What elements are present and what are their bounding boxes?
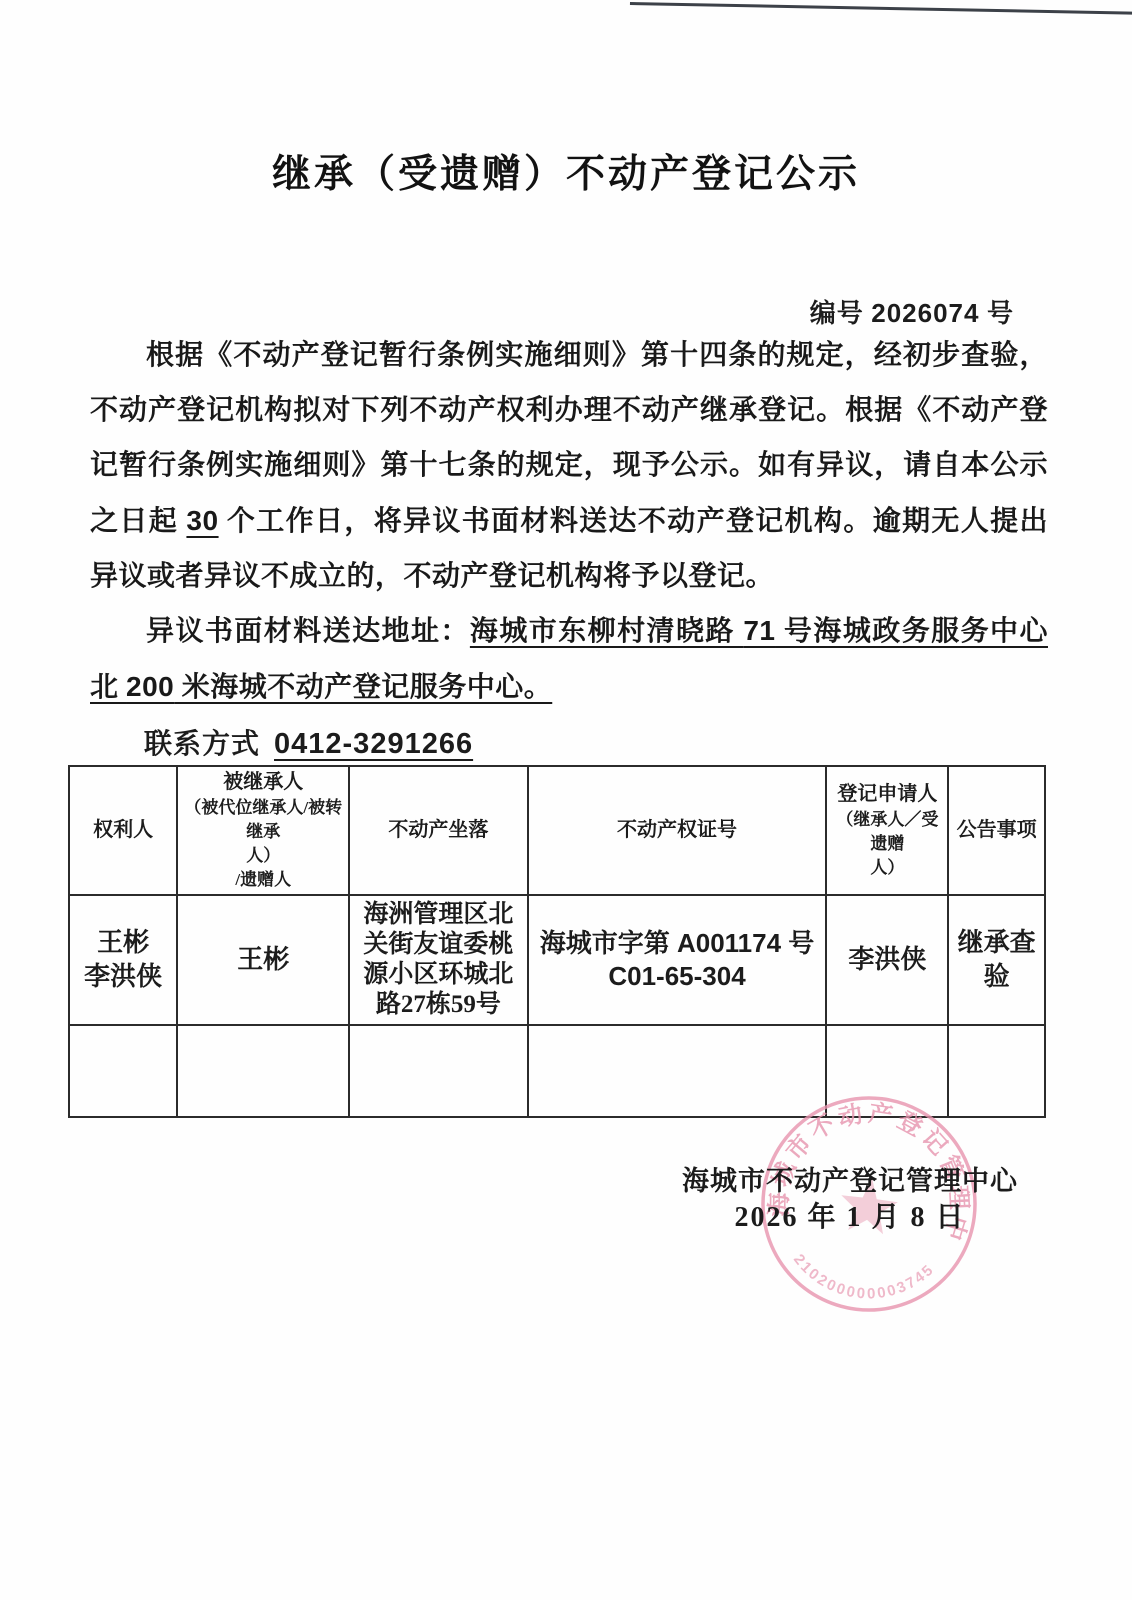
contact-label: 联系方式 — [144, 729, 260, 760]
document-number-suffix: 号 — [979, 299, 1014, 328]
header-property-location: 不动产坐落 — [349, 766, 528, 895]
contact-phone-number: 0412-3291266 — [274, 728, 473, 760]
scan-artifact-line — [630, 2, 1132, 15]
table-empty-row — [69, 1025, 1045, 1117]
delivery-address-part3: 米海城不动产登记服务中心。 — [174, 672, 552, 703]
registration-table: 权利人 被继承人 （被代位继承人/被转继承 人） /遗赠人 不动产坐落 不动产权… — [68, 765, 1046, 1118]
issuing-organization: 海城市不动产登记管理中心 — [650, 1163, 1050, 1199]
distance-number: 200 — [126, 671, 174, 702]
empty-cell — [948, 1025, 1045, 1117]
delivery-address-label: 异议书面材料送达地址： — [146, 616, 470, 647]
header-notice-item: 公告事项 — [948, 766, 1045, 895]
delivery-address-part1: 海城市东柳村清晓路 — [470, 616, 743, 647]
notice-body-paragraph: 根据《不动产登记暂行条例实施细则》第十四条的规定，经初步查验，不动产登记机构拟对… — [90, 328, 1048, 604]
contact-line: 联系方式0412-3291266 — [144, 722, 473, 762]
document-number-prefix: 编号 — [810, 299, 872, 328]
delivery-address-paragraph: 异议书面材料送达地址：海城市东柳村清晓路 71 号海城政务服务中心北 200 米… — [90, 603, 1048, 715]
header-applicant: 登记申请人 （继承人／受遗赠 人） — [826, 766, 948, 895]
empty-cell — [528, 1025, 827, 1117]
empty-cell — [177, 1025, 349, 1117]
notice-text-2: 个工作日，将异议书面材料送达不动产登记机构。逾期无人提出异议或者异议不成立的，不… — [90, 506, 1048, 592]
header-rights-holder: 权利人 — [69, 766, 177, 895]
document-page: 继承（受遗赠）不动产登记公示 编号 2026074 号 根据《不动产登记暂行条例… — [0, 0, 1132, 1600]
cell-decedent: 王彬 — [177, 895, 349, 1025]
document-number-value: 2026074 — [871, 298, 979, 328]
document-number: 编号 2026074 号 — [810, 293, 1014, 330]
cell-certificate-number: 海城市字第 A001174 号 C01-65-304 — [528, 895, 827, 1025]
header-decedent: 被继承人 （被代位继承人/被转继承 人） /遗赠人 — [177, 766, 349, 895]
cell-rights-holder: 王彬 李洪侠 — [69, 895, 177, 1025]
table-row: 王彬 李洪侠 王彬 海洲管理区北关街友谊委桃源小区环城北路27栋59号 海城市字… — [69, 895, 1045, 1025]
cell-notice-item: 继承查验 — [948, 895, 1045, 1025]
empty-cell — [69, 1025, 177, 1117]
objection-days: 30 — [186, 505, 218, 536]
cell-property-location: 海洲管理区北关街友谊委桃源小区环城北路27栋59号 — [349, 895, 528, 1025]
seal-serial-number: 210200000003745 — [786, 1244, 939, 1311]
cell-applicant: 李洪侠 — [826, 895, 948, 1025]
issue-date: 2026 年 1 月 8 日 — [650, 1199, 1050, 1237]
street-number: 71 — [743, 615, 775, 646]
empty-cell — [349, 1025, 528, 1117]
empty-cell — [826, 1025, 948, 1117]
table-header-row: 权利人 被继承人 （被代位继承人/被转继承 人） /遗赠人 不动产坐落 不动产权… — [69, 766, 1045, 895]
page-title: 继承（受遗赠）不动产登记公示 — [0, 143, 1132, 199]
signature-block: 海城市不动产登记管理中心 2026 年 1 月 8 日 — [650, 1163, 1050, 1237]
header-certificate-number: 不动产权证号 — [528, 766, 827, 895]
